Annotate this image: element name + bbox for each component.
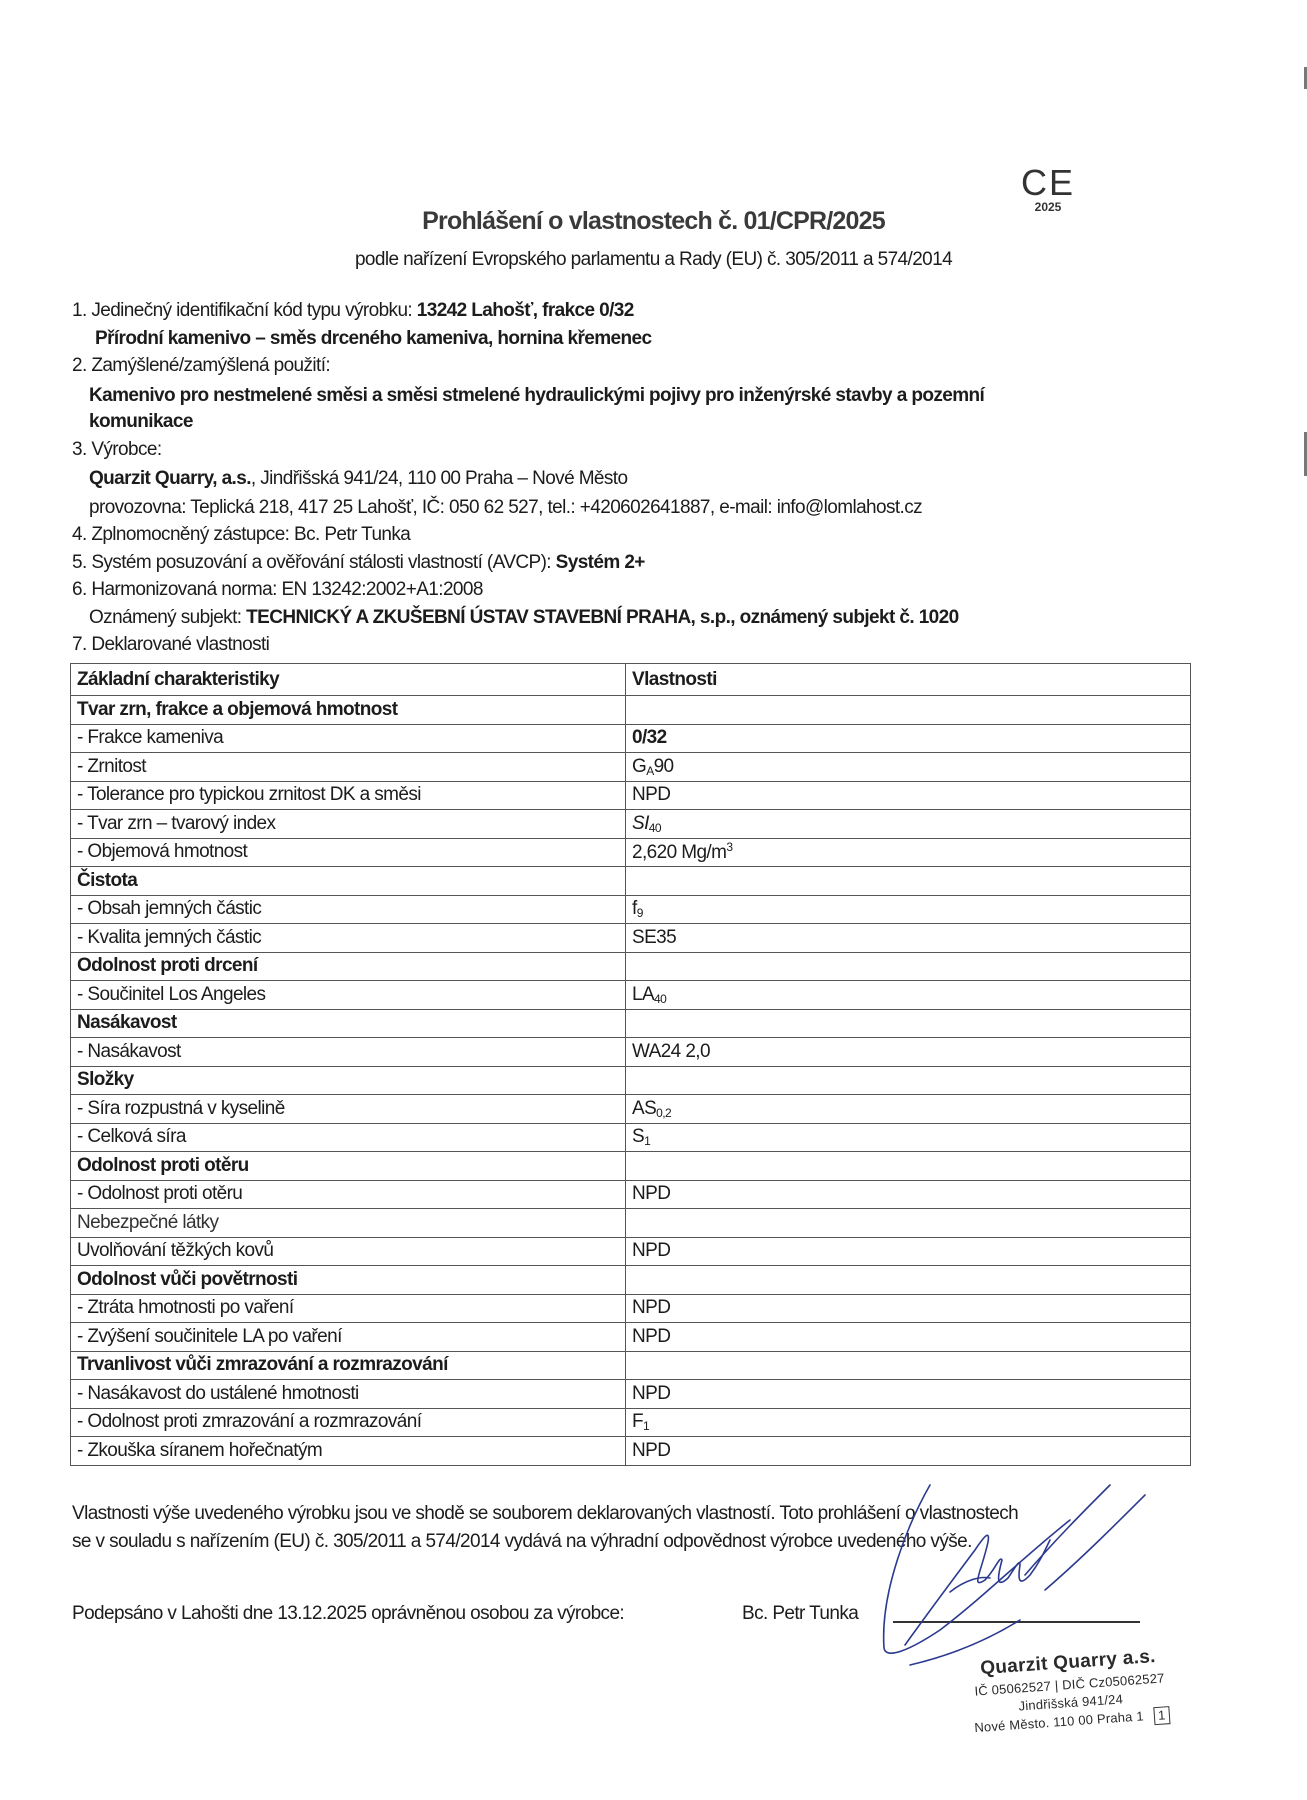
notified-body-label: Oznámený subjekt: <box>89 607 246 628</box>
performance-cell: AS0,2 <box>626 1095 1191 1124</box>
item-3-manufacturer: Quarzit Quarry, a.s., Jindřišská 941/24,… <box>89 469 627 488</box>
performance-cell: 2,620 Mg/m3 <box>626 838 1191 867</box>
performance-value: SE35 <box>632 927 676 948</box>
characteristic-cell: - Tolerance pro typickou zrnitost DK a s… <box>71 781 626 810</box>
performance-cell: LA40 <box>626 981 1191 1010</box>
characteristic-cell: Uvolňování těžkých kovů <box>71 1237 626 1266</box>
characteristic-cell: - Nasákavost do ustálené hmotnosti <box>71 1380 626 1409</box>
header-characteristic: Základní charakteristiky <box>71 664 626 696</box>
performance-subscript: 0,2 <box>656 1106 671 1120</box>
item-5: 5. Systém posuzování a ověřování stálost… <box>72 553 645 572</box>
characteristic-cell: Odolnost vůči povětrnosti <box>71 1266 626 1295</box>
table-row: - Nasákavost do ustálené hmotnostiNPD <box>71 1380 1191 1409</box>
performance-cell <box>626 1009 1191 1038</box>
item-3-plant: provozovna: Teplická 218, 417 25 Lahošť,… <box>89 498 922 517</box>
characteristic-cell: - Objemová hmotnost <box>71 838 626 867</box>
item-1-label: 1. Jedinečný identifikační kód typu výro… <box>72 300 417 321</box>
properties-table: Základní charakteristiky Vlastnosti Tvar… <box>70 663 1191 1466</box>
performance-subscript: 1 <box>643 1419 649 1433</box>
table-group-row: Nasákavost <box>71 1009 1191 1038</box>
table-row: Uvolňování těžkých kovůNPD <box>71 1237 1191 1266</box>
performance-subscript: 40 <box>654 992 666 1006</box>
characteristic-cell: - Ztráta hmotnosti po vaření <box>71 1294 626 1323</box>
performance-value: 2,620 Mg/m <box>632 842 726 863</box>
table-row: - NasákavostWA24 2,0 <box>71 1038 1191 1067</box>
item-7: 7. Deklarované vlastnosti <box>72 635 269 654</box>
performance-cell: NPD <box>626 1237 1191 1266</box>
characteristic-cell: - Zkouška síranem hořečnatým <box>71 1437 626 1466</box>
item-3-label: 3. Výrobce: <box>72 440 162 459</box>
table-row: - Tolerance pro typickou zrnitost DK a s… <box>71 781 1191 810</box>
table-row: - Objemová hmotnost2,620 Mg/m3 <box>71 838 1191 867</box>
characteristic-cell: - Frakce kameniva <box>71 724 626 753</box>
table-group-row: Tvar zrn, frakce a objemová hmotnost <box>71 696 1191 725</box>
performance-value: NPD <box>632 1297 670 1318</box>
characteristic-cell: - Zrnitost <box>71 753 626 782</box>
table-row: - Zvýšení součinitele LA po vařeníNPD <box>71 1323 1191 1352</box>
performance-cell: WA24 2,0 <box>626 1038 1191 1067</box>
performance-value: F <box>632 1411 643 1432</box>
performance-subscript: A <box>646 764 653 778</box>
table-group-row: Odolnost vůči povětrnosti <box>71 1266 1191 1295</box>
performance-cell <box>626 1066 1191 1095</box>
performance-cell <box>626 1351 1191 1380</box>
characteristic-cell: - Odolnost proti zmrazování a rozmrazová… <box>71 1408 626 1437</box>
characteristic-cell: - Síra rozpustná v kyselině <box>71 1095 626 1124</box>
item-4: 4. Zplnomocněný zástupce: Bc. Petr Tunka <box>72 525 410 544</box>
performance-value: G <box>632 756 646 777</box>
performance-cell: GA90 <box>626 753 1191 782</box>
performance-cell: SE35 <box>626 924 1191 953</box>
performance-cell <box>626 1209 1191 1238</box>
table-group-row: Odolnost proti otěru <box>71 1152 1191 1181</box>
ce-mark: CE 2025 <box>1018 165 1078 213</box>
characteristic-cell: - Obsah jemných částic <box>71 895 626 924</box>
performance-value: NPD <box>632 1383 670 1404</box>
characteristic-cell: Čistota <box>71 867 626 896</box>
table-row: - Zkouška síranem hořečnatýmNPD <box>71 1437 1191 1466</box>
performance-value: NPD <box>632 784 670 805</box>
performance-cell: NPD <box>626 1180 1191 1209</box>
performance-value: 0/32 <box>632 727 667 748</box>
performance-value-suffix: 90 <box>654 756 674 777</box>
item-1-value: 13242 Lahošť, frakce 0/32 <box>417 300 634 321</box>
item-5-value: Systém 2+ <box>556 552 645 573</box>
characteristic-cell: - Tvar zrn – tvarový index <box>71 810 626 839</box>
performance-cell <box>626 867 1191 896</box>
notified-body: Oznámený subjekt: TECHNICKÝ A ZKUŠEBNÍ Ú… <box>89 608 959 627</box>
table-row: - Tvar zrn – tvarový indexSI40 <box>71 810 1191 839</box>
characteristic-cell: - Součinitel Los Angeles <box>71 981 626 1010</box>
table-row: - Síra rozpustná v kyseliněAS0,2 <box>71 1095 1191 1124</box>
table-row: - Odolnost proti otěruNPD <box>71 1180 1191 1209</box>
performance-value: AS <box>632 1098 656 1119</box>
characteristic-cell: Odolnost proti otěru <box>71 1152 626 1181</box>
characteristic-cell: Trvanlivost vůči zmrazování a rozmrazová… <box>71 1351 626 1380</box>
item-6: 6. Harmonizovaná norma: EN 13242:2002+A1… <box>72 580 483 599</box>
characteristic-cell: Odolnost proti drcení <box>71 952 626 981</box>
performance-cell: NPD <box>626 1323 1191 1352</box>
performance-cell: 0/32 <box>626 724 1191 753</box>
company-stamp: Quarzit Quarry a.s. IČ 05062527 | DIČ Cz… <box>938 1643 1203 1740</box>
performance-value: LA <box>632 984 654 1005</box>
item-1-description: Přírodní kamenivo – směs drceného kameni… <box>95 329 651 348</box>
item-2-label: 2. Zamýšlené/zamýšlená použití: <box>72 356 330 375</box>
table-row: - Celková síraS1 <box>71 1123 1191 1152</box>
performance-cell: NPD <box>626 781 1191 810</box>
performance-value: WA24 2,0 <box>632 1041 710 1062</box>
table-row: - Obsah jemných částicf9 <box>71 895 1191 924</box>
manufacturer-name: Quarzit Quarry, a.s. <box>89 468 251 489</box>
performance-subscript: 9 <box>637 906 643 920</box>
performance-cell <box>626 1152 1191 1181</box>
performance-cell: f9 <box>626 895 1191 924</box>
performance-cell: SI40 <box>626 810 1191 839</box>
performance-cell: NPD <box>626 1380 1191 1409</box>
ce-mark-icon: CE <box>1018 165 1078 201</box>
performance-superscript: 3 <box>726 840 732 854</box>
table-group-row: Odolnost proti drcení <box>71 952 1191 981</box>
signed-statement: Podepsáno v Lahošti dne 13.12.2025 opráv… <box>72 1604 624 1623</box>
table-header-row: Základní charakteristiky Vlastnosti <box>71 664 1191 696</box>
signer-name: Bc. Petr Tunka <box>742 1604 858 1623</box>
characteristic-cell: Složky <box>71 1066 626 1095</box>
performance-cell: NPD <box>626 1294 1191 1323</box>
table-group-row: Trvanlivost vůči zmrazování a rozmrazová… <box>71 1351 1191 1380</box>
performance-subscript: 1 <box>644 1134 650 1148</box>
performance-cell: NPD <box>626 1437 1191 1466</box>
table-row: - Kvalita jemných částicSE35 <box>71 924 1191 953</box>
performance-cell: S1 <box>626 1123 1191 1152</box>
performance-value: NPD <box>632 1440 670 1461</box>
characteristic-cell: - Celková síra <box>71 1123 626 1152</box>
characteristic-cell: Tvar zrn, frakce a objemová hmotnost <box>71 696 626 725</box>
characteristic-cell: Nebezpečné látky <box>71 1209 626 1238</box>
declaration-line-2: se v souladu s nařízením (EU) č. 305/201… <box>72 1532 972 1551</box>
item-2-use: Kamenivo pro nestmelené směsi a směsi st… <box>89 386 984 405</box>
table-row: - Frakce kameniva0/32 <box>71 724 1191 753</box>
characteristic-cell: - Kvalita jemných částic <box>71 924 626 953</box>
performance-cell <box>626 696 1191 725</box>
item-5-label: 5. Systém posuzování a ověřování stálost… <box>72 552 556 573</box>
characteristic-cell: - Nasákavost <box>71 1038 626 1067</box>
performance-subscript: 40 <box>649 821 661 835</box>
table-row: - Součinitel Los AngelesLA40 <box>71 981 1191 1010</box>
table-row: - Ztráta hmotnosti po vařeníNPD <box>71 1294 1191 1323</box>
characteristic-cell: - Zvýšení součinitele LA po vaření <box>71 1323 626 1352</box>
table-group-row: Složky <box>71 1066 1191 1095</box>
stamp-number-box: 1 <box>1153 1706 1170 1725</box>
characteristic-cell: Nasákavost <box>71 1009 626 1038</box>
notified-body-value: TECHNICKÝ A ZKUŠEBNÍ ÚSTAV STAVEBNÍ PRAH… <box>246 607 958 628</box>
table-group-row: Čistota <box>71 867 1191 896</box>
item-2-use-cont: komunikace <box>89 412 193 431</box>
performance-value: NPD <box>632 1183 670 1204</box>
item-1: 1. Jedinečný identifikační kód typu výro… <box>72 301 634 320</box>
characteristic-cell: - Odolnost proti otěru <box>71 1180 626 1209</box>
manufacturer-address: , Jindřišská 941/24, 110 00 Praha – Nové… <box>251 468 628 489</box>
header-performance: Vlastnosti <box>626 664 1191 696</box>
document-subtitle: podle nařízení Evropského parlamentu a R… <box>0 249 1307 271</box>
document-title: Prohlášení o vlastnostech č. 01/CPR/2025 <box>0 207 1307 236</box>
table-row: - ZrnitostGA90 <box>71 753 1191 782</box>
performance-value: S <box>632 1126 644 1147</box>
performance-cell <box>626 952 1191 981</box>
performance-value: NPD <box>632 1240 670 1261</box>
performance-value: SI <box>632 813 649 834</box>
table-group-row: Nebezpečné látky <box>71 1209 1191 1238</box>
table-row: - Odolnost proti zmrazování a rozmrazová… <box>71 1408 1191 1437</box>
performance-cell: F1 <box>626 1408 1191 1437</box>
performance-value: NPD <box>632 1326 670 1347</box>
performance-cell <box>626 1266 1191 1295</box>
